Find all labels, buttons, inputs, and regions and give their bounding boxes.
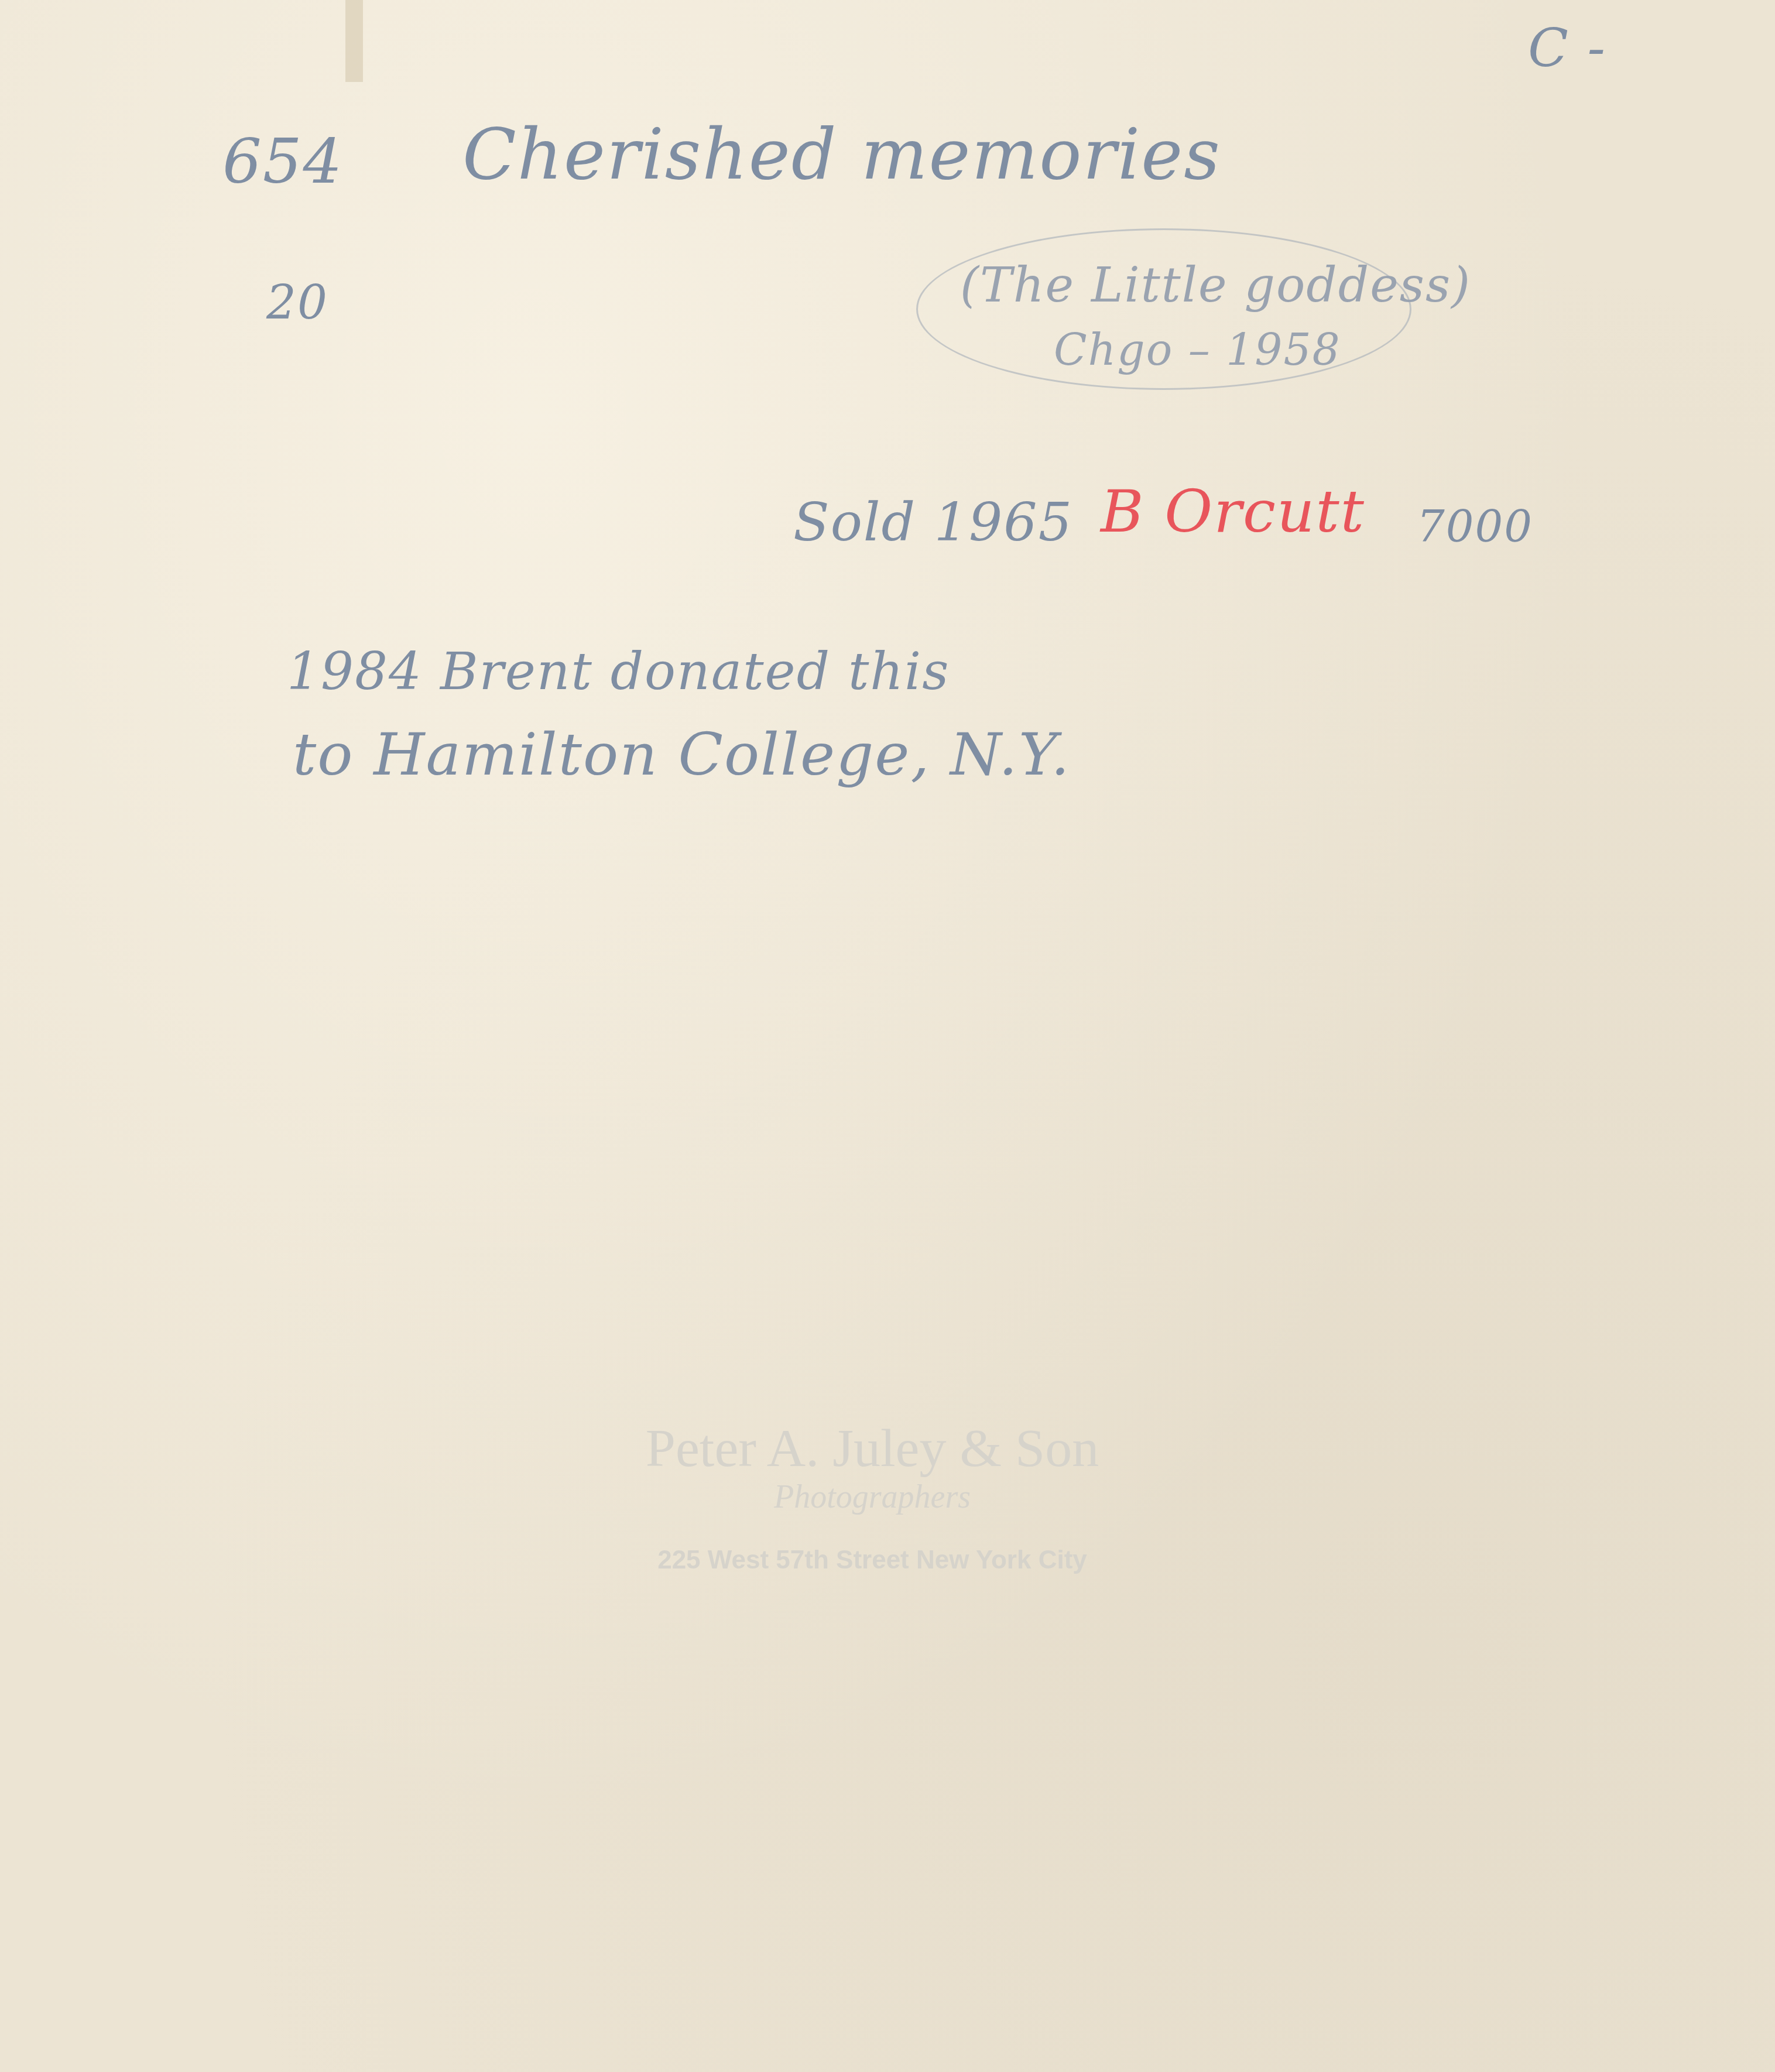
sub-number: 20 (266, 275, 328, 330)
paper-stain (345, 0, 363, 82)
sale-prefix: Sold 1965 (793, 492, 1073, 553)
photographer-stamp-line-2: Photographers (597, 1478, 1147, 1516)
corner-mark: C - (1528, 18, 1606, 79)
document-page: C - 654 Cherished memories 20 (The Littl… (0, 0, 1775, 2072)
artwork-title: Cherished memories (462, 114, 1221, 196)
buyer-name: B Orcutt (1101, 477, 1365, 546)
donation-line-2: to Hamilton College, N.Y. (293, 720, 1071, 789)
photographer-stamp-address: 225 West 57th Street New York City (626, 1546, 1118, 1575)
alt-title-place-date: Chgo – 1958 (1054, 325, 1341, 375)
catalog-number: 654 (222, 126, 343, 197)
alt-title: (The Little goddess) (960, 258, 1471, 313)
sale-price: 7000 (1417, 501, 1533, 552)
donation-line-1: 1984 Brent donated this (287, 641, 950, 701)
photographer-stamp-name: Peter A. Juley & Son (597, 1417, 1147, 1479)
